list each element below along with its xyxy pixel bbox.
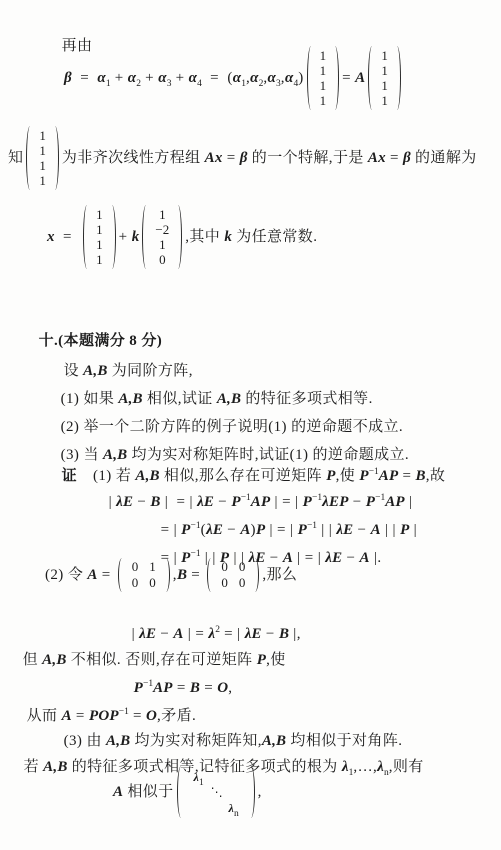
- matrix-ones-3: 1111: [26, 126, 59, 190]
- text-run: | = |: [293, 550, 325, 566]
- text-run: ,: [228, 680, 232, 696]
- math-run: λ: [377, 759, 384, 775]
- matrix-entry: −2: [155, 222, 169, 237]
- matrix-entry: 0: [239, 560, 246, 574]
- right-paren: [393, 46, 401, 110]
- math-run: A: [355, 68, 365, 88]
- math-run: A,B: [43, 759, 67, 775]
- matrix-entry: 1: [39, 128, 46, 143]
- matrix-entry: 0: [149, 576, 156, 590]
- math-run: A,B: [42, 652, 66, 668]
- diagonal-dots: ⋱: [211, 782, 223, 802]
- math-run: A: [87, 565, 97, 585]
- matrix-entry: 1: [96, 207, 103, 222]
- left-paren: [207, 558, 215, 592]
- text-run: ,则有: [389, 759, 424, 775]
- math-run: O: [217, 680, 228, 696]
- matrix-entry: 1: [159, 237, 166, 252]
- matrix-ones-2: 1111: [368, 46, 401, 110]
- matrix-ksol: 1−210: [142, 205, 182, 269]
- proof-label: 证: [62, 468, 77, 484]
- left-paren: [368, 46, 376, 110]
- text-run: 但: [23, 652, 43, 668]
- math-run: α1: [97, 68, 110, 88]
- math-run: α3: [158, 68, 171, 88]
- text-run: 的通解为: [411, 148, 477, 168]
- text-run: ,那么: [262, 565, 297, 585]
- equation-general-solution: x = 1111 + k 1−210 ,其中 k 为任意常数.: [47, 202, 317, 272]
- matrix-entry: 0: [132, 576, 139, 590]
- text-run: 的一个特解,于是: [248, 148, 368, 168]
- matrix-entry: 1: [96, 252, 103, 267]
- math-run: α3: [268, 68, 281, 88]
- math-run: A: [113, 782, 123, 802]
- math-run: λE: [116, 494, 133, 510]
- left-paren: [307, 46, 315, 110]
- text-run: =: [98, 565, 115, 585]
- matrix-entry: 1: [320, 93, 327, 108]
- matrix-entry: λ1: [193, 767, 203, 787]
- matrix-entry: 1: [320, 48, 327, 63]
- matrix-entry: 1: [39, 143, 46, 158]
- text-run: =: [342, 68, 355, 88]
- right-paren: [331, 46, 339, 110]
- math-run: β: [240, 148, 248, 168]
- math-run: α2: [128, 68, 141, 88]
- left-paren: [26, 126, 34, 190]
- text-run: =: [223, 148, 240, 168]
- math-run: β: [64, 68, 72, 88]
- matrix-entry: 0: [239, 576, 246, 590]
- matrix-entry: 1: [381, 48, 388, 63]
- document-page: 再由 β = α1 + α2 + α3 + α4 = ( α1 , α2 , α…: [0, 0, 501, 850]
- text-run: 知: [8, 148, 23, 168]
- matrix-entry: λn: [228, 798, 238, 818]
- math-run: α4: [285, 68, 298, 88]
- matrix-entry: 1: [96, 222, 103, 237]
- text-run: 为非齐次线性方程组: [62, 148, 205, 168]
- matrix-entry: 1: [320, 63, 327, 78]
- subscript: 1: [199, 778, 204, 788]
- text-run: =: [72, 68, 97, 88]
- matrix-entry: 0: [159, 252, 166, 267]
- text-run: ,故: [426, 468, 446, 484]
- right-paren: [174, 205, 182, 269]
- text-run: +: [111, 68, 128, 88]
- math-run: Ax: [205, 148, 223, 168]
- text-run: = (: [202, 68, 233, 88]
- math-run: P: [257, 652, 266, 668]
- left-paren: [177, 766, 185, 818]
- text-run: ,使: [266, 652, 286, 668]
- left-paren: [142, 205, 150, 269]
- text-run: |,: [289, 626, 301, 642]
- matrix-entry: 1: [96, 237, 103, 252]
- text-run: =: [55, 227, 80, 247]
- text-run: ,其中: [185, 227, 224, 247]
- line-particular-solution: 知 1111 为非齐次线性方程组 Ax = β 的一个特解,于是 Ax = β …: [8, 126, 477, 190]
- text-run: |: [409, 522, 417, 538]
- line-example: (2) 令 A = 0100 , B = 0000 ,那么: [45, 553, 297, 597]
- math-run: α4: [189, 68, 202, 88]
- left-paren: [118, 558, 126, 592]
- math-run: Ax: [368, 148, 386, 168]
- right-paren: [108, 205, 116, 269]
- matrix-diag: λ1⋱λn: [177, 766, 255, 818]
- left-paren: [83, 205, 91, 269]
- math-run: α1: [233, 68, 246, 88]
- math-run: B: [177, 565, 187, 585]
- text-run: (2) 令: [45, 565, 87, 585]
- right-paren: [51, 126, 59, 190]
- math-run: λ: [342, 759, 349, 775]
- text-run: 相似于: [123, 782, 173, 802]
- math-run: x: [47, 227, 55, 247]
- math-run: α2: [250, 68, 263, 88]
- matrix-entry: 0: [221, 576, 228, 590]
- math-run: k: [132, 227, 140, 247]
- matrix-a: 0100: [118, 558, 170, 592]
- text-run: −: [342, 550, 359, 566]
- matrix-entry: 1: [381, 93, 388, 108]
- text-run: =: [386, 148, 403, 168]
- text-run: =: [187, 565, 204, 585]
- text-run: ,…,: [353, 759, 377, 775]
- text-run: 若: [24, 759, 44, 775]
- text-run: =: [200, 680, 217, 696]
- text-run: +: [141, 68, 158, 88]
- text-run: +: [171, 68, 188, 88]
- math-run: k: [224, 227, 232, 247]
- text-run: 为任意常数.: [232, 227, 317, 247]
- matrix-entry: 1: [320, 78, 327, 93]
- matrix-entry: 1: [159, 207, 166, 222]
- equation-diagonal: A 相似于 λ1⋱λn ,: [113, 764, 262, 820]
- right-paren: [251, 558, 259, 592]
- text-run: | |: [381, 522, 400, 538]
- matrix-ones-1: 1111: [307, 46, 340, 110]
- subscript: n: [234, 809, 239, 819]
- matrix-entry: 1: [381, 63, 388, 78]
- matrix-b: 0000: [207, 558, 259, 592]
- text-run: ,: [258, 782, 262, 802]
- text-run: |.: [370, 550, 382, 566]
- right-paren: [247, 766, 255, 818]
- math-run: λE: [325, 550, 342, 566]
- equation-beta-sum: β = α1 + α2 + α3 + α4 = ( α1 , α2 , α3 ,…: [64, 44, 404, 112]
- text-run: ): [298, 68, 303, 88]
- math-run: B: [416, 468, 426, 484]
- matrix-ones-4: 1111: [83, 205, 116, 269]
- matrix-entry: 0: [221, 560, 228, 574]
- math-run: A: [360, 550, 370, 566]
- matrix-entry: 0: [132, 560, 139, 574]
- matrix-entry: 1: [39, 173, 46, 188]
- matrix-entry: 1: [39, 158, 46, 173]
- matrix-entry: 1: [381, 78, 388, 93]
- math-run: β: [403, 148, 411, 168]
- right-paren: [162, 558, 170, 592]
- matrix-entry: 1: [149, 560, 156, 574]
- text-run: +: [119, 227, 132, 247]
